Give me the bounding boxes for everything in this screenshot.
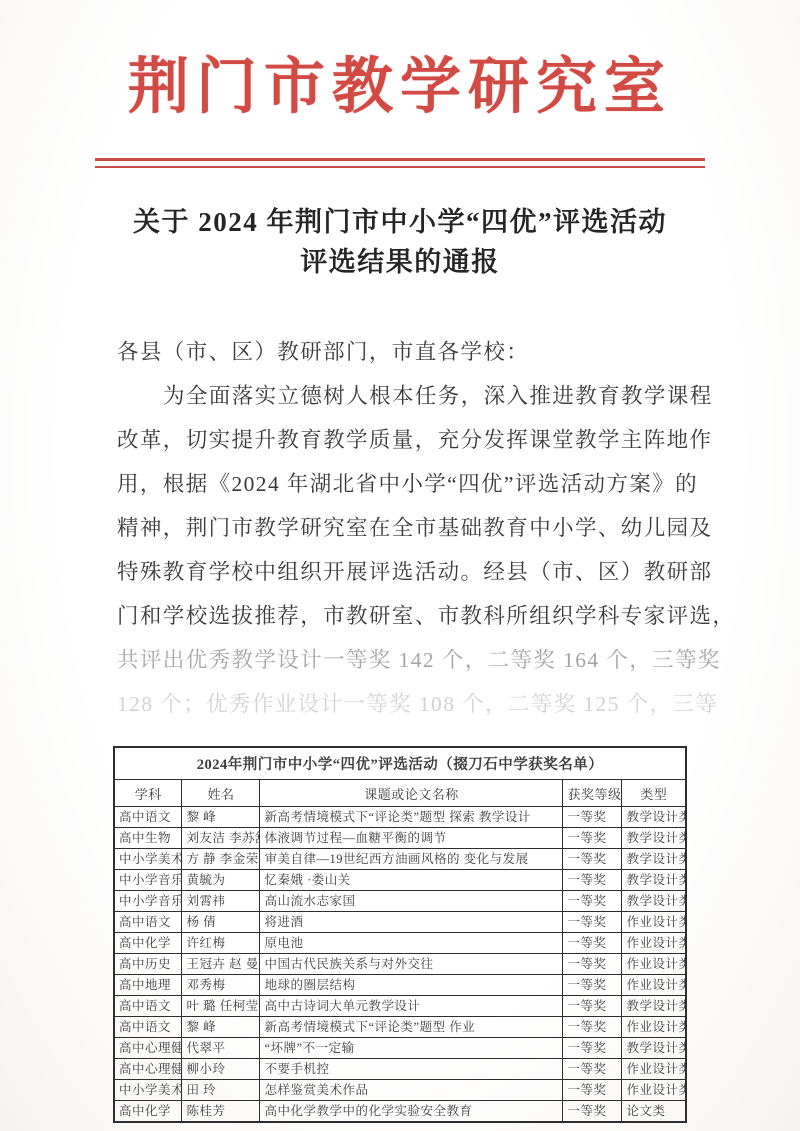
column-header-name: 姓名 xyxy=(182,780,260,807)
column-header-type: 类型 xyxy=(622,780,686,807)
table-row: 高中心理健康柳小玲不要手机控一等奖作业设计类 xyxy=(114,1059,686,1080)
table-row: 高中语文黎 峰新高考情境模式下“评论类”题型 作业一等奖作业设计类 xyxy=(114,1017,686,1038)
cell-work: 新高考情境模式下“评论类”题型 探索 教学设计 xyxy=(260,807,563,828)
cell-award: 一等奖 xyxy=(563,1038,622,1059)
body-line-faded: 共评出优秀教学设计一等奖 142 个，二等奖 164 个，三等奖 xyxy=(117,638,683,682)
cell-name: 刘友洁 李苏舒 xyxy=(182,828,260,849)
table-title-row: 2024年荆门市中小学“四优”评选活动（掇刀石中学获奖名单） xyxy=(114,747,686,780)
table-row: 高中化学陈桂芳高中化学教学中的化学实验安全教育一等奖论文类 xyxy=(114,1101,686,1123)
cell-name: 许红梅 xyxy=(182,933,260,954)
cell-type: 教学设计类 xyxy=(622,891,686,912)
body-line: 为全面落实立德树人根本任务，深入推进教育教学课程 xyxy=(117,374,683,418)
cell-subject: 中小学美术 xyxy=(114,1080,182,1101)
cell-name: 田 玲 xyxy=(182,1080,260,1101)
cell-type: 作业设计类 xyxy=(622,933,686,954)
cell-subject: 高中语文 xyxy=(114,1017,182,1038)
cell-work: 地球的圈层结构 xyxy=(260,975,563,996)
cell-award: 一等奖 xyxy=(563,891,622,912)
document-title-line2: 评选结果的通报 xyxy=(0,242,800,282)
cell-award: 一等奖 xyxy=(563,1017,622,1038)
cell-award: 一等奖 xyxy=(563,828,622,849)
cell-subject: 高中心理健康 xyxy=(114,1038,182,1059)
body-line: 门和学校选拔推荐，市教研室、市教科所组织学科专家评选， xyxy=(117,594,683,638)
cell-work: 审美自律—19世纪西方油画风格的 变化与发展 xyxy=(260,849,563,870)
cell-name: 邓秀梅 xyxy=(182,975,260,996)
body-line: 精神，荆门市教学研究室在全市基础教育中小学、幼儿园及 xyxy=(117,506,683,550)
cell-name: 叶 璐 任柯莹 xyxy=(182,996,260,1017)
table-row: 中小学音乐刘霄祎高山流水志家国一等奖教学设计类 xyxy=(114,891,686,912)
body-line: 特殊教育学校中组织开展评选活动。经县（市、区）教研部 xyxy=(117,550,683,594)
cell-subject: 高中语文 xyxy=(114,807,182,828)
table-row: 高中心理健康代翠平“坏牌”不一定输一等奖教学设计类 xyxy=(114,1038,686,1059)
cell-work: “坏牌”不一定输 xyxy=(260,1038,563,1059)
cell-subject: 高中化学 xyxy=(114,1101,182,1123)
cell-name: 陈桂芳 xyxy=(182,1101,260,1123)
table-row: 中小学美术方 静 李金荣审美自律—19世纪西方油画风格的 变化与发展一等奖教学设… xyxy=(114,849,686,870)
column-header-award: 获奖等级 xyxy=(563,780,622,807)
document-title: 关于 2024 年荆门市中小学“四优”评选活动 评选结果的通报 xyxy=(0,202,800,282)
table-title: 2024年荆门市中小学“四优”评选活动（掇刀石中学获奖名单） xyxy=(114,747,686,780)
cell-work: 体液调节过程—血糖平衡的调节 xyxy=(260,828,563,849)
cell-name: 王冠卉 赵 曼 xyxy=(182,954,260,975)
cell-name: 黎 峰 xyxy=(182,807,260,828)
cell-award: 一等奖 xyxy=(563,975,622,996)
cell-name: 柳小玲 xyxy=(182,1059,260,1080)
cell-subject: 中小学美术 xyxy=(114,849,182,870)
cell-award: 一等奖 xyxy=(563,1059,622,1080)
cell-award: 一等奖 xyxy=(563,933,622,954)
body-line: 改革，切实提升教育教学质量，充分发挥课堂教学主阵地作 xyxy=(117,418,683,462)
cell-work: 高中化学教学中的化学实验安全教育 xyxy=(260,1101,563,1123)
cell-award: 一等奖 xyxy=(563,912,622,933)
cell-work: 忆秦娥 ·娄山关 xyxy=(260,870,563,891)
document-page: 荆门市教学研究室 关于 2024 年荆门市中小学“四优”评选活动 评选结果的通报… xyxy=(0,0,800,1131)
cell-type: 教学设计类 xyxy=(622,828,686,849)
cell-award: 一等奖 xyxy=(563,1101,622,1123)
cell-subject: 高中化学 xyxy=(114,933,182,954)
table-row: 中小学音乐黄毓为忆秦娥 ·娄山关一等奖教学设计类 xyxy=(114,870,686,891)
table-row: 中小学美术田 玲怎样鉴赏美术作品一等奖作业设计类 xyxy=(114,1080,686,1101)
cell-work: 将进酒 xyxy=(260,912,563,933)
cell-name: 杨 倩 xyxy=(182,912,260,933)
salutation: 各县（市、区）教研部门，市直各学校： xyxy=(117,330,683,374)
table-row: 高中历史王冠卉 赵 曼中国古代民族关系与对外交往一等奖作业设计类 xyxy=(114,954,686,975)
cell-name: 黎 峰 xyxy=(182,1017,260,1038)
cell-type: 作业设计类 xyxy=(622,1059,686,1080)
cell-subject: 高中历史 xyxy=(114,954,182,975)
cell-name: 刘霄祎 xyxy=(182,891,260,912)
body-paragraph: 各县（市、区）教研部门，市直各学校： 为全面落实立德树人根本任务，深入推进教育教… xyxy=(117,330,683,726)
cell-subject: 高中生物 xyxy=(114,828,182,849)
cell-type: 作业设计类 xyxy=(622,1080,686,1101)
cell-work: 新高考情境模式下“评论类”题型 作业 xyxy=(260,1017,563,1038)
cell-work: 怎样鉴赏美术作品 xyxy=(260,1080,563,1101)
cell-work: 高山流水志家国 xyxy=(260,891,563,912)
cell-award: 一等奖 xyxy=(563,807,622,828)
cell-type: 作业设计类 xyxy=(622,975,686,996)
cell-award: 一等奖 xyxy=(563,996,622,1017)
cell-award: 一等奖 xyxy=(563,954,622,975)
cell-award: 一等奖 xyxy=(563,870,622,891)
cell-name: 方 静 李金荣 xyxy=(182,849,260,870)
cell-type: 作业设计类 xyxy=(622,912,686,933)
table-row: 高中语文黎 峰新高考情境模式下“评论类”题型 探索 教学设计一等奖教学设计类 xyxy=(114,807,686,828)
divider-thick-line xyxy=(95,158,705,161)
award-table-body: 高中语文黎 峰新高考情境模式下“评论类”题型 探索 教学设计一等奖教学设计类高中… xyxy=(114,807,686,1123)
cell-award: 一等奖 xyxy=(563,1080,622,1101)
cell-work: 原电池 xyxy=(260,933,563,954)
table-row: 高中语文叶 璐 任柯莹高中古诗词大单元教学设计一等奖教学设计类 xyxy=(114,996,686,1017)
letterhead-title: 荆门市教学研究室 xyxy=(0,0,800,132)
divider-thin-line xyxy=(95,166,705,168)
cell-subject: 高中心理健康 xyxy=(114,1059,182,1080)
cell-subject: 高中地理 xyxy=(114,975,182,996)
cell-work: 高中古诗词大单元教学设计 xyxy=(260,996,563,1017)
column-header-work: 课题或论文名称 xyxy=(260,780,563,807)
cell-work: 中国古代民族关系与对外交往 xyxy=(260,954,563,975)
award-table: 2024年荆门市中小学“四优”评选活动（掇刀石中学获奖名单） 学科 姓名 课题或… xyxy=(113,746,687,1123)
cell-type: 教学设计类 xyxy=(622,996,686,1017)
cell-type: 作业设计类 xyxy=(622,954,686,975)
cell-type: 教学设计类 xyxy=(622,1038,686,1059)
column-header-subject: 学科 xyxy=(114,780,182,807)
letterhead-divider xyxy=(95,158,705,168)
cell-subject: 高中语文 xyxy=(114,912,182,933)
cell-subject: 中小学音乐 xyxy=(114,891,182,912)
table-row: 高中地理邓秀梅地球的圈层结构一等奖作业设计类 xyxy=(114,975,686,996)
cell-work: 不要手机控 xyxy=(260,1059,563,1080)
cell-type: 教学设计类 xyxy=(622,807,686,828)
body-line: 用，根据《2024 年湖北省中小学“四优”评选活动方案》的 xyxy=(117,462,683,506)
cell-type: 作业设计类 xyxy=(622,1017,686,1038)
document-title-line1: 关于 2024 年荆门市中小学“四优”评选活动 xyxy=(0,202,800,242)
table-row: 高中语文杨 倩将进酒一等奖作业设计类 xyxy=(114,912,686,933)
cell-subject: 高中语文 xyxy=(114,996,182,1017)
cell-subject: 中小学音乐 xyxy=(114,870,182,891)
cell-name: 黄毓为 xyxy=(182,870,260,891)
cell-type: 教学设计类 xyxy=(622,849,686,870)
cell-type: 教学设计类 xyxy=(622,870,686,891)
cell-name: 代翠平 xyxy=(182,1038,260,1059)
table-row: 高中化学许红梅原电池一等奖作业设计类 xyxy=(114,933,686,954)
table-row: 高中生物刘友洁 李苏舒体液调节过程—血糖平衡的调节一等奖教学设计类 xyxy=(114,828,686,849)
cell-award: 一等奖 xyxy=(563,849,622,870)
body-line-faded: 128 个；优秀作业设计一等奖 108 个，二等奖 125 个，三等 xyxy=(117,682,683,726)
cell-type: 论文类 xyxy=(622,1101,686,1123)
table-header-row: 学科 姓名 课题或论文名称 获奖等级 类型 xyxy=(114,780,686,807)
